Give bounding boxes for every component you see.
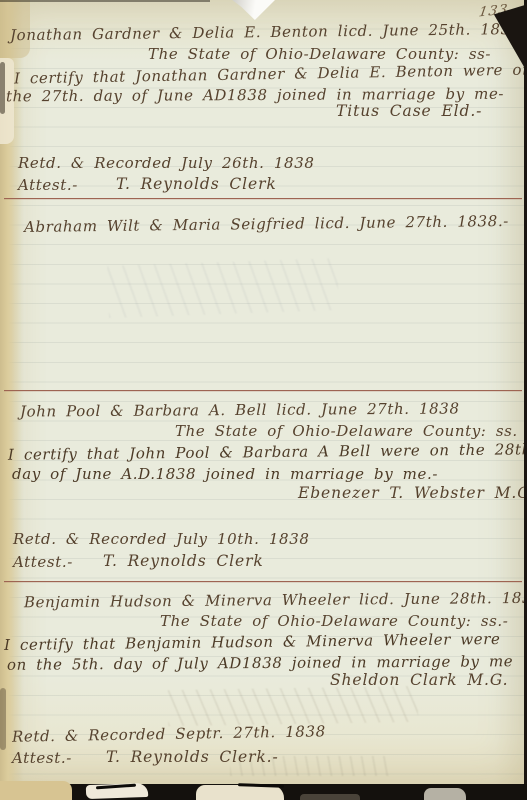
attest-label: Attest.- <box>13 554 73 571</box>
officiant-signature: Titus Case Eld.- <box>336 103 482 121</box>
binding-shadow <box>0 688 6 750</box>
torn-paper-fragment <box>424 788 466 800</box>
recorded-line: Retd. & Recorded July 26th. 1838 <box>18 155 314 172</box>
ledger-page: 133 Jonathan Gardner & Delia E. Benton l… <box>0 0 524 785</box>
separator-rule <box>4 198 522 199</box>
ink-bleedthrough <box>107 258 339 318</box>
officiant-signature: Sheldon Clark M.G. <box>330 672 508 690</box>
attest-label: Attest.- <box>18 177 78 194</box>
certify-line: I certify that Benjamin Hudson & Minerva… <box>4 631 501 654</box>
clerk-signature: T. Reynolds Clerk <box>116 176 277 194</box>
attest-label: Attest.- <box>12 750 72 767</box>
certify-line: I certify that Jonathan Gardner & Delia … <box>14 61 527 87</box>
torn-paper-fragment <box>300 794 360 800</box>
paper-tear-sliver <box>228 0 276 20</box>
state-county-line: The State of Ohio-Delaware County: ss.- <box>160 613 508 630</box>
license-line: Benjamin Hudson & Minerva Wheeler licd. … <box>24 590 527 612</box>
recorded-line: Retd. & Recorded July 10th. 1838 <box>13 531 309 548</box>
license-line: Abraham Wilt & Maria Seigfried licd. Jun… <box>24 213 509 236</box>
license-line: John Pool & Barbara A. Bell licd. June 2… <box>20 400 460 420</box>
clerk-signature: T. Reynolds Clerk.- <box>106 749 279 767</box>
clerk-signature: T. Reynolds Clerk <box>103 553 264 571</box>
recorded-line: Retd. & Recorded Septr. 27th. 1838 <box>12 723 326 746</box>
page-top-edge <box>0 0 210 2</box>
binding-shadow <box>0 62 5 114</box>
separator-rule <box>4 581 522 582</box>
state-county-line: The State of Ohio-Delaware County: ss- <box>148 46 491 63</box>
separator-rule <box>4 390 522 391</box>
ink-bleedthrough <box>168 686 419 726</box>
document-photo: 133 Jonathan Gardner & Delia E. Benton l… <box>0 0 527 800</box>
certify-line: I certify that John Pool & Barbara A Bel… <box>8 441 527 464</box>
license-line: Jonathan Gardner & Delia E. Benton licd.… <box>10 21 527 45</box>
officiant-signature: Ebenezer T. Webster M.G. <box>298 485 527 503</box>
state-county-line: The State of Ohio-Delaware County: ss. <box>175 423 518 440</box>
certify-line: day of June A.D.1838 joined in marriage … <box>12 466 438 483</box>
torn-paper-fragment <box>0 781 72 800</box>
